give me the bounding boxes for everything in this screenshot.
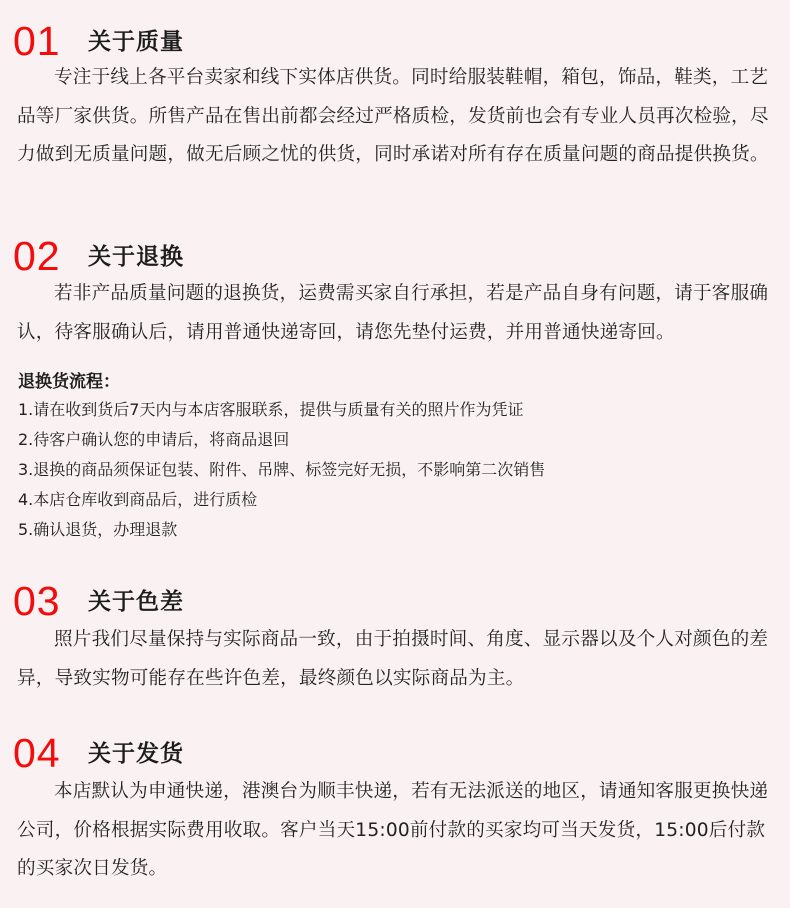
section-header: 04 关于发货 bbox=[0, 733, 790, 773]
return-process-title: 退换货流程： bbox=[18, 370, 120, 394]
section-header: 03 关于色差 bbox=[0, 581, 790, 621]
section-title: 关于质量 bbox=[88, 28, 184, 56]
section-number: 02 bbox=[13, 236, 61, 276]
section-body: 专注于线上各平台卖家和线下实体店供货。同时给服装鞋帽，箱包，饰品，鞋类，工艺品等… bbox=[17, 59, 777, 175]
return-step: 2.待客户确认您的申请后，将商品退回 bbox=[18, 425, 545, 455]
return-step: 5.确认退货，办理退款 bbox=[18, 515, 545, 545]
section-title: 关于发货 bbox=[88, 740, 184, 768]
section-number: 01 bbox=[13, 21, 61, 61]
section-number: 04 bbox=[13, 733, 61, 773]
return-step: 3.退换的商品须保证包装、附件、吊牌、标签完好无损，不影响第二次销售 bbox=[18, 455, 545, 485]
return-process-steps: 1.请在收到货后7天内与本店客服联系，提供与质量有关的照片作为凭证 2.待客户确… bbox=[18, 395, 545, 545]
return-step: 1.请在收到货后7天内与本店客服联系，提供与质量有关的照片作为凭证 bbox=[18, 395, 545, 425]
section-number: 03 bbox=[13, 581, 61, 621]
section-shipping: 04 关于发货 本店默认为申通快递，港澳台为顺丰快递，若有无法派送的地区，请通知… bbox=[0, 733, 790, 773]
section-color-difference: 03 关于色差 照片我们尽量保持与实际商品一致，由于拍摄时间、角度、显示器以及个… bbox=[0, 581, 790, 621]
section-body: 照片我们尽量保持与实际商品一致，由于拍摄时间、角度、显示器以及个人对颜色的差异，… bbox=[17, 621, 777, 698]
section-title: 关于色差 bbox=[88, 588, 184, 616]
section-title: 关于退换 bbox=[88, 243, 184, 271]
section-body: 若非产品质量问题的退换货，运费需买家自行承担，若是产品自身有问题，请于客服确认，… bbox=[17, 275, 777, 352]
section-header: 02 关于退换 bbox=[0, 236, 790, 276]
return-step: 4.本店仓库收到商品后，进行质检 bbox=[18, 485, 545, 515]
section-body: 本店默认为申通快递，港澳台为顺丰快递，若有无法派送的地区，请通知客服更换快递公司… bbox=[17, 773, 777, 889]
section-quality: 01 关于质量 专注于线上各平台卖家和线下实体店供货。同时给服装鞋帽，箱包，饰品… bbox=[0, 21, 790, 61]
section-returns: 02 关于退换 若非产品质量问题的退换货，运费需买家自行承担，若是产品自身有问题… bbox=[0, 236, 790, 276]
section-header: 01 关于质量 bbox=[0, 21, 790, 61]
